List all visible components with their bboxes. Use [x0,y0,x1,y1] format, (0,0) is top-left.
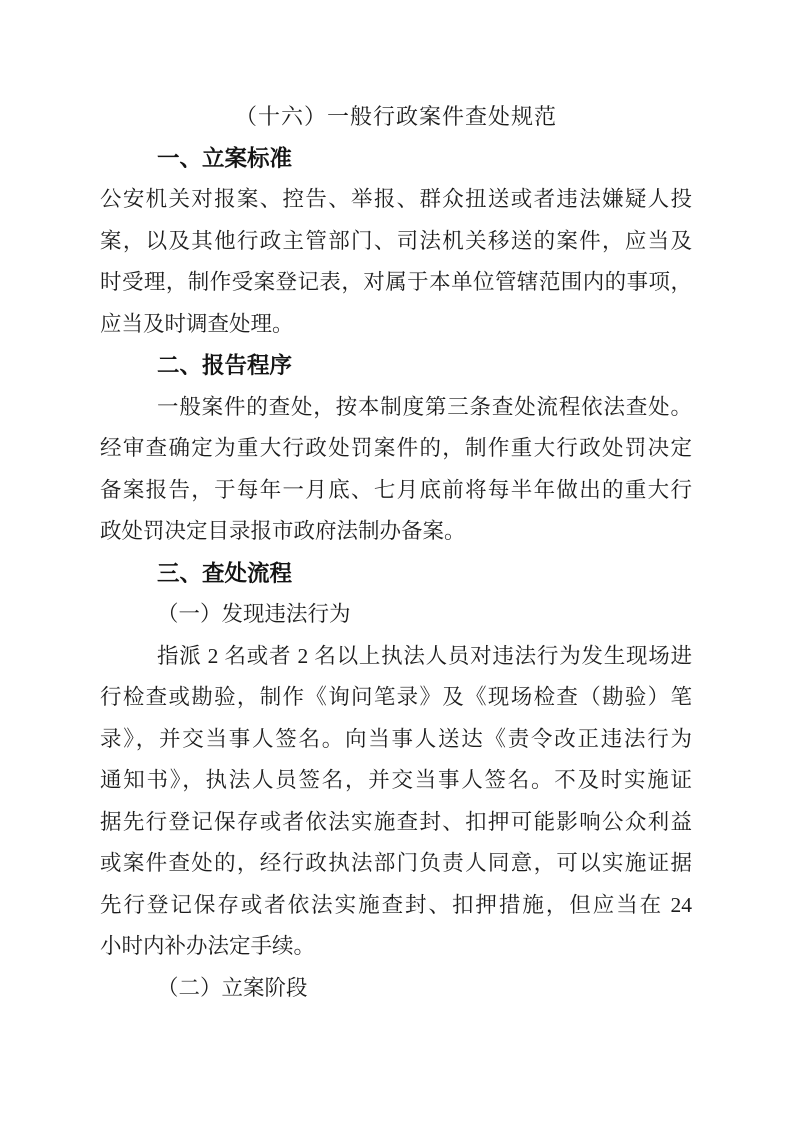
paragraph-line: 录》，并交当事人签名。向当事人送达《责令改正违法行为 [100,719,692,761]
document-content: （十六）一般行政案件查处规范 一、立案标准公安机关对报案、控告、举报、群众扭送或… [100,96,692,1009]
paragraph-line: 公安机关对报案、控告、举报、群众扭送或者违法嫌疑人投 [100,179,692,221]
sub-section-heading: （一）发现违法行为 [100,594,692,636]
paragraph-line: 指派 2 名或者 2 名以上执法人员对违法行为发生现场进 [100,636,692,678]
paragraph-line: 一般案件的查处，按本制度第三条查处流程依法查处。 [100,387,692,429]
section-heading: 二、报告程序 [100,345,692,387]
section-heading: 一、立案标准 [100,138,692,180]
paragraph-line: 或案件查处的，经行政执法部门负责人同意，可以实施证据 [100,843,692,885]
paragraph-line: 通知书》，执法人员签名，并交当事人签名。不及时实施证 [100,760,692,802]
paragraph-line: 时受理，制作受案登记表，对属于本单位管辖范围内的事项， [100,262,692,304]
paragraph-line: 应当及时调查处理。 [100,304,692,346]
document-body: 一、立案标准公安机关对报案、控告、举报、群众扭送或者违法嫌疑人投案，以及其他行政… [100,138,692,1010]
document-title: （十六）一般行政案件查处规范 [100,96,692,138]
paragraph-line: 政处罚决定目录报市政府法制办备案。 [100,511,692,553]
paragraph-line: 行检查或勘验，制作《询问笔录》及《现场检查（勘验）笔 [100,677,692,719]
paragraph-line: 据先行登记保存或者依法实施查封、扣押可能影响公众利益 [100,802,692,844]
paragraph-line: 小时内补办法定手续。 [100,926,692,968]
section-heading: 三、查处流程 [100,553,692,595]
paragraph-line: 案，以及其他行政主管部门、司法机关移送的案件，应当及 [100,221,692,263]
sub-section-heading: （二）立案阶段 [100,968,692,1010]
paragraph-line: 先行登记保存或者依法实施查封、扣押措施，但应当在 24 [100,885,692,927]
document-page: （十六）一般行政案件查处规范 一、立案标准公安机关对报案、控告、举报、群众扭送或… [0,0,793,1122]
paragraph-line: 经审查确定为重大行政处罚案件的，制作重大行政处罚决定 [100,428,692,470]
paragraph-line: 备案报告，于每年一月底、七月底前将每半年做出的重大行 [100,470,692,512]
